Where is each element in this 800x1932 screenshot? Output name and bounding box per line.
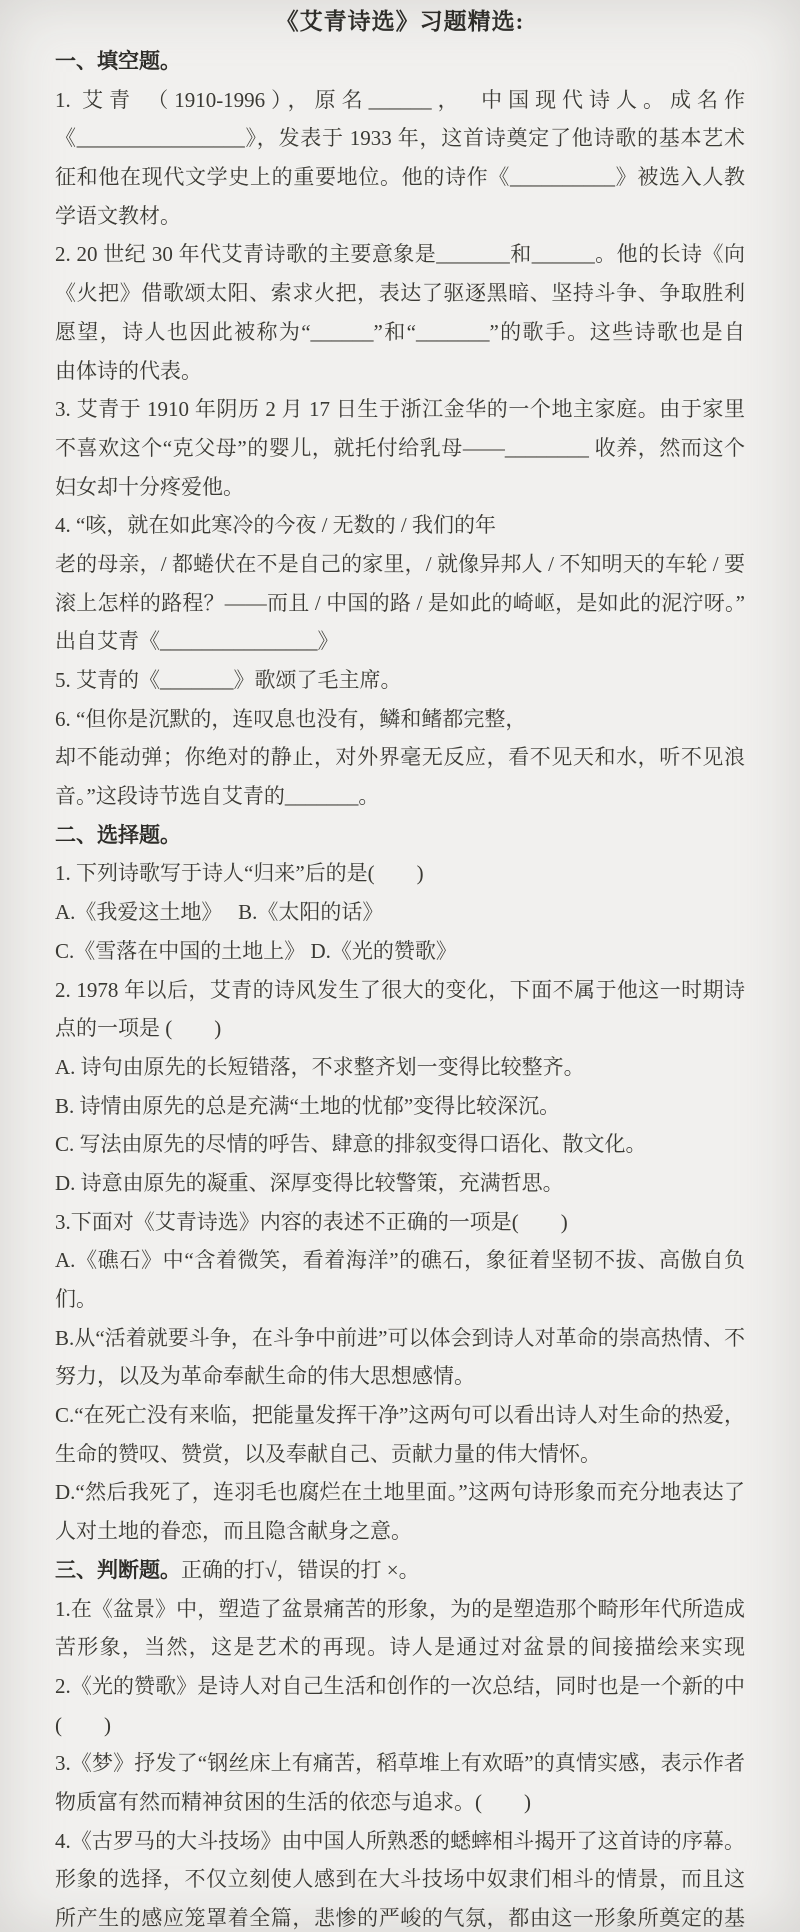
- choice-q1-options-ab: A.《我爱这土地》 B.《太阳的话》: [55, 893, 745, 932]
- fill-q1-line2: 《________________》，发表于 1933 年，这首诗奠定了他诗歌的…: [55, 119, 745, 158]
- judge-q3-line2: 物质富有然而精神贫困的生活的依恋与追求。( ): [55, 1783, 745, 1822]
- choice-q2-stem-line1: 2. 1978 年以后，艾青的诗风发生了很大的变化，下面不属于他这一时期诗歌特: [55, 971, 745, 1010]
- choice-q3-option-a-line1: A.《礁石》中“含着微笑，看着海洋”的礁石，象征着坚韧不拔、高傲自负的人: [55, 1241, 745, 1280]
- fill-q3-line2: 不喜欢这个“克父母”的婴儿，就托付给乳母——________ 收养，然而这个: [55, 429, 745, 468]
- true-false-heading-instructions: 正确的打√，错误的打 ×。: [181, 1558, 420, 1582]
- judge-q4-line1: 4.《古罗马的大斗技场》由中国人所熟悉的蟋蟀相斗揭开了这首诗的序幕。这一: [55, 1822, 745, 1861]
- document-title: 《艾青诗选》习题精选:: [55, 2, 745, 42]
- fill-q3-line1: 3. 艾青于 1910 年阴历 2 月 17 日生于浙江金华的一个地主家庭。由于…: [55, 390, 745, 429]
- judge-q1-line1: 1.在《盆景》中，塑造了盆景痛苦的形象，为的是塑造那个畸形年代所造成的痛: [55, 1590, 745, 1629]
- choice-q2-option-d: D. 诗意由原先的凝重、深厚变得比较警策，充满哲思。: [55, 1164, 745, 1203]
- choice-q3-option-b-line2: 努力，以及为革命奉献生命的伟大思想感情。: [55, 1357, 745, 1396]
- fill-q4-line3: 滚上怎样的路程？——而且 / 中国的路 / 是如此的崎岖，是如此的泥泞呀。”: [55, 584, 745, 623]
- choice-q3-option-a-line2: 们。: [55, 1280, 745, 1319]
- fill-q1-line3: 征和他在现代文学史上的重要地位。他的诗作《__________》被选入人教版中: [55, 158, 745, 197]
- choice-q3-option-c-line2: 生命的赞叹、赞赏，以及奉献自己、贡献力量的伟大情怀。: [55, 1435, 745, 1474]
- judge-q2-line2: ( ): [55, 1706, 745, 1745]
- judge-q4-line3: 所产生的感应笼罩着全篇，悲惨的严峻的气氛，都由这一形象所奠定的基调而产: [55, 1899, 745, 1932]
- fill-q1-line4: 学语文教材。: [55, 197, 745, 236]
- choice-q3-option-d-line1: D.“然后我死了，连羽毛也腐烂在土地里面。”这两句诗形象而充分地表达了诗: [55, 1473, 745, 1512]
- choice-q2-option-a: A. 诗句由原先的长短错落，不求整齐划一变得比较整齐。: [55, 1048, 745, 1087]
- fill-q2-line3: 愿望，诗人也因此被称为“______”和“_______”的歌手。这些诗歌也是自: [55, 313, 745, 352]
- section-heading-fill-in-blank: 一、填空题。: [55, 42, 745, 81]
- choice-q1-options-cd: C.《雪落在中国的土地上》 D.《光的赞歌》: [55, 932, 745, 971]
- section-heading-true-false: 三、判断题。正确的打√，错误的打 ×。: [55, 1551, 745, 1590]
- fill-q3-line3: 妇女却十分疼爱他。: [55, 468, 745, 507]
- judge-q3-line1: 3.《梦》抒发了“钢丝床上有痛苦，稻草堆上有欢晤”的真情实感，表示作者对: [55, 1744, 745, 1783]
- choice-q2-option-c: C. 写法由原先的尽情的呼告、肆意的排叙变得口语化、散文化。: [55, 1125, 745, 1164]
- choice-q1-stem: 1. 下列诗歌写于诗人“归来”后的是( ): [55, 854, 745, 893]
- judge-q4-line2: 形象的选择，不仅立刻使人感到在大斗技场中奴隶们相斗的情景，而且这一形象: [55, 1860, 745, 1899]
- fill-q5-line1: 5. 艾青的《_______》歌颂了毛主席。: [55, 661, 745, 700]
- fill-q6-line1: 6. “但你是沉默的，连叹息也没有，鳞和鳍都完整，: [55, 700, 745, 739]
- choice-q2-stem-line2: 点的一项是 ( ): [55, 1009, 745, 1048]
- fill-q6-line2: 却不能动弹；你绝对的静止，对外界毫无反应，看不见天和水，听不见浪花的声: [55, 738, 745, 777]
- fill-q6-line3: 音。”这段诗节选自艾青的_______。: [55, 777, 745, 816]
- true-false-heading-label: 三、判断题。: [55, 1558, 181, 1582]
- fill-q2-line1: 2. 20 世纪 30 年代艾青诗歌的主要意象是_______和______。他…: [55, 235, 745, 274]
- fill-q2-line4: 由体诗的代表。: [55, 352, 745, 391]
- judge-q1-line2: 苦形象，当然，这是艺术的再现。诗人是通过对盆景的间接描绘来实现的。( ): [55, 1628, 745, 1667]
- choice-q2-option-b: B. 诗情由原先的总是充满“土地的忧郁”变得比较深沉。: [55, 1087, 745, 1126]
- fill-q4-line2: 老的母亲，/ 都蜷伏在不是自己的家里，/ 就像异邦人 / 不知明天的车轮 / 要: [55, 545, 745, 584]
- choice-q3-stem: 3.下面对《艾青诗选》内容的表述不正确的一项是( ): [55, 1203, 745, 1242]
- fill-q4-line4: 出自艾青《_______________》: [55, 622, 745, 661]
- choice-q3-option-c-line1: C.“在死亡没有来临，把能量发挥干净”这两句可以看出诗人对生命的热爱，对: [55, 1396, 745, 1435]
- judge-q2-line1: 2.《光的赞歌》是诗人对自己生活和创作的一次总结，同时也是一个新的中国。: [55, 1667, 745, 1706]
- choice-q3-option-d-line2: 人对土地的眷恋，而且隐含献身之意。: [55, 1512, 745, 1551]
- fill-q4-line1: 4. “咳，就在如此寒冷的今夜 / 无数的 / 我们的年: [55, 506, 745, 545]
- section-heading-multiple-choice: 二、选择题。: [55, 816, 745, 855]
- fill-q2-line2: 《火把》借歌颂太阳、索求火把，表达了驱逐黑暗、坚持斗争、争取胜利的美好: [55, 274, 745, 313]
- choice-q3-option-b-line1: B.从“活着就要斗争，在斗争中前进”可以体会到诗人对革命的崇高热情、不懈: [55, 1319, 745, 1358]
- worksheet-page: 《艾青诗选》习题精选: 一、填空题。 1. 艾青 （1910-1996），原名_…: [0, 0, 800, 1932]
- fill-q1-line1: 1. 艾青 （1910-1996），原名______， 中国现代诗人。成名作: [55, 81, 745, 120]
